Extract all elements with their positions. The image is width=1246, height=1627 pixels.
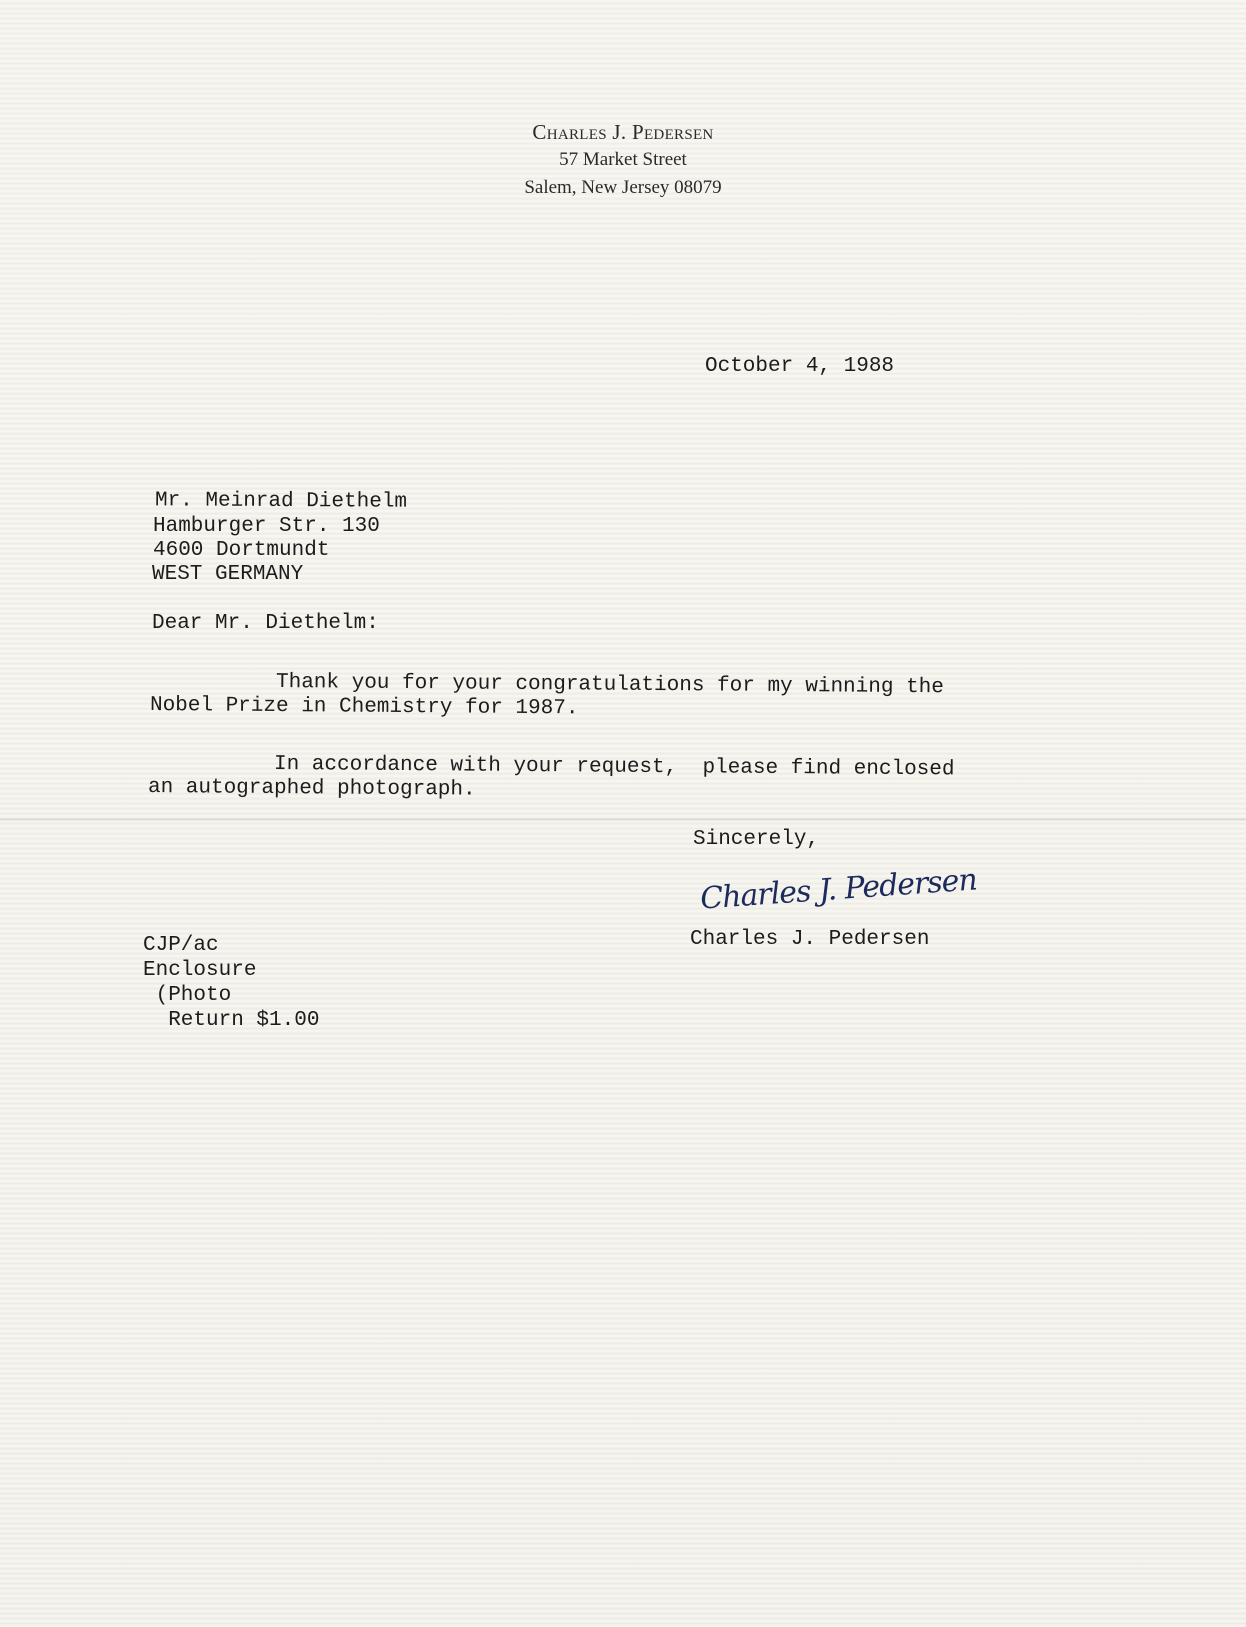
recipient-name: Mr. Meinrad Diethelm xyxy=(155,489,407,514)
reference-initials: CJP/ac xyxy=(143,934,219,958)
enclosure-detail-return: Return $1.00 xyxy=(143,1009,319,1033)
handwritten-signature: Charles J. Pedersen xyxy=(699,862,978,916)
letterhead: Charles J. Pedersen 57 Market Street Sal… xyxy=(0,118,1246,202)
enclosure-label: Enclosure xyxy=(143,959,256,983)
recipient-country: WEST GERMANY xyxy=(152,563,303,587)
salutation: Dear Mr. Diethelm: xyxy=(152,612,379,636)
recipient-city: 4600 Dortmundt xyxy=(153,539,329,563)
letterhead-name: Charles J. Pedersen xyxy=(0,118,1246,146)
paper-fold-line xyxy=(0,818,1246,821)
letterhead-city: Salem, New Jersey 08079 xyxy=(0,174,1246,202)
body-paragraph-2-line-2: an autographed photograph. xyxy=(148,776,476,803)
body-paragraph-1-line-2: Nobel Prize in Chemistry for 1987. xyxy=(150,694,579,721)
closing: Sincerely, xyxy=(693,828,819,852)
enclosure-detail-photo: (Photo xyxy=(143,984,231,1008)
letter-date: October 4, 1988 xyxy=(705,355,894,379)
signatory-name: Charles J. Pedersen xyxy=(690,928,929,952)
recipient-street: Hamburger Str. 130 xyxy=(153,515,380,539)
letterhead-street: 57 Market Street xyxy=(0,146,1246,174)
